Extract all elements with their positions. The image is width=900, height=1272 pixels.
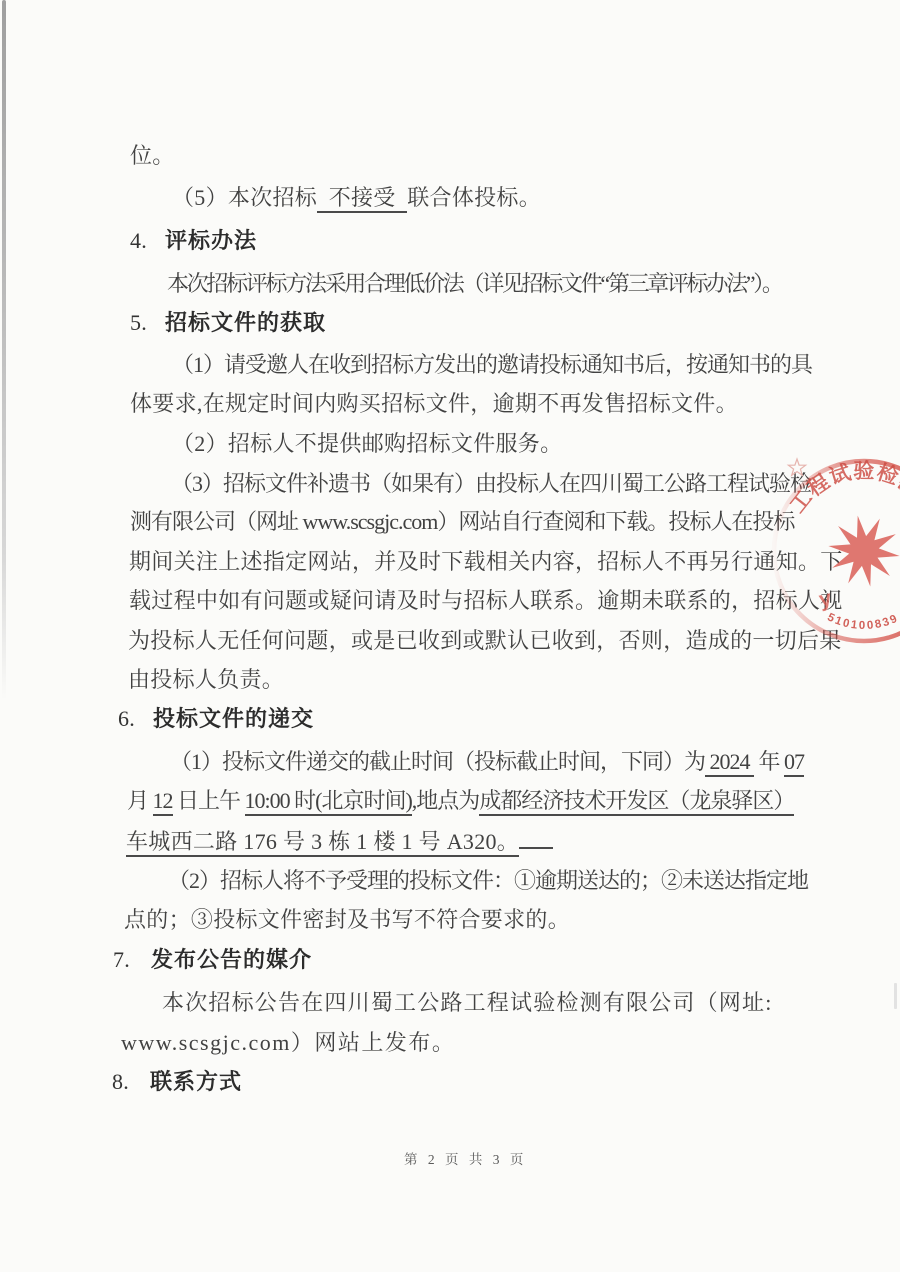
body-line-wei: 位。 xyxy=(130,142,175,169)
deadline-month-unit: 月 xyxy=(127,788,153,813)
document-page: 位。 （5）本次招标 不接受 联合体投标。 4.评标办法 本次招标评标方法采用合… xyxy=(0,0,900,1272)
item5-suffix: 联合体投标。 xyxy=(407,185,541,210)
deadline-day-unit: 日上午 xyxy=(173,788,245,813)
deadline-place: 成都经济技术开发区（龙泉驿区） xyxy=(479,788,794,816)
section-7-title: 发布公告的媒介 xyxy=(151,947,312,972)
item5-prefix: （5）本次招标 xyxy=(172,185,317,210)
body-line: www.scsgjc.com）网站上发布。 xyxy=(121,1029,455,1056)
section-4-number: 4. xyxy=(130,227,165,254)
deadline-year: 2024 xyxy=(705,749,754,777)
body-line-deadline-2: 月 12 日上午 10:00 时(北京时间),地点为成都经济技术开发区（龙泉驿区… xyxy=(127,787,794,814)
item5-blank-value: 不接受 xyxy=(317,185,407,213)
section-4-heading: 4.评标办法 xyxy=(130,227,257,254)
seal-stray-mark: y xyxy=(817,585,835,612)
body-line-item5: （5）本次招标 不接受 联合体投标。 xyxy=(172,184,541,211)
body-line: （1）请受邀人在收到招标方发出的邀请投标通知书后，按通知书的具 xyxy=(172,351,812,378)
section-8-number: 8. xyxy=(112,1068,150,1095)
body-line: （3）招标文件补遗书（如果有）由投标人在四川蜀工公路工程试验检 xyxy=(171,470,811,497)
deadline-month: 07 xyxy=(784,749,804,777)
body-line: 测有限公司（网址 www.scsgjc.com）网站自行查阅和下载。投标人在投标 xyxy=(130,508,794,535)
body-line: （2）招标人不提供邮购招标文件服务。 xyxy=(172,430,562,457)
deadline-day: 12 xyxy=(153,788,173,816)
body-line: 体要求,在规定时间内购买招标文件，逾期不再发售招标文件。 xyxy=(130,390,738,417)
seal-star-icon xyxy=(828,516,899,587)
deadline-time: 10:00 时(北京时间) xyxy=(245,788,412,816)
company-seal: 工程试验检测 y 510100839 xyxy=(770,440,900,680)
body-line: 为投标人无任何问题，或是已收到或默认已收到，否则，造成的一切后果 xyxy=(128,627,842,654)
page-footer: 第 2 页 共 3 页 xyxy=(404,1148,527,1168)
deadline-place-label: ,地点为 xyxy=(412,788,480,813)
section-7-heading: 7.发布公告的媒介 xyxy=(113,946,312,973)
address-underline-extension xyxy=(519,827,553,849)
body-line: 由投标人负责。 xyxy=(128,666,284,693)
scan-artifact xyxy=(894,983,897,1009)
address-value: 车城西二路 176 号 3 栋 1 楼 1 号 A320。 xyxy=(126,829,519,857)
body-line-address: 车城西二路 176 号 3 栋 1 楼 1 号 A320。 xyxy=(126,827,553,854)
body-line-deadline: （1）投标文件递交的截止时间（投标截止时间，下同）为 2024 年 07 xyxy=(170,748,804,775)
deadline-year-unit: 年 xyxy=(754,749,784,774)
body-line: 载过程中如有问题或疑问请及时与招标人联系。逾期未联系的，招标人视 xyxy=(129,587,843,614)
body-line-eval-method: 本次招标评标方法采用合理低价法（详见招标文件“第三章评标办法”）。 xyxy=(167,270,782,297)
section-5-number: 5. xyxy=(130,309,165,336)
section-6-title: 投标文件的递交 xyxy=(153,706,314,731)
body-line: 点的；③投标文件密封及书写不符合要求的。 xyxy=(124,906,570,933)
section-5-heading: 5.招标文件的获取 xyxy=(130,309,326,336)
body-line: 期间关注上述指定网站，并及时下载相关内容，招标人不再另行通知。下 xyxy=(129,548,843,575)
section-7-number: 7. xyxy=(113,946,151,973)
scan-edge-shadow xyxy=(2,0,6,700)
seal-serial-number: 510100839 xyxy=(825,611,900,632)
deadline-prefix: （1）投标文件递交的截止时间（投标截止时间，下同）为 xyxy=(170,749,705,774)
section-6-heading: 6.投标文件的递交 xyxy=(118,705,314,732)
body-line: 本次招标公告在四川蜀工公路工程试验检测有限公司（网址: xyxy=(162,989,773,1016)
section-5-title: 招标文件的获取 xyxy=(165,310,326,335)
section-4-title: 评标办法 xyxy=(165,228,257,253)
section-8-heading: 8.联系方式 xyxy=(112,1068,242,1095)
section-6-number: 6. xyxy=(118,705,153,732)
body-line: （2）招标人将不予受理的投标文件：①逾期送达的；②未送达指定地 xyxy=(168,867,808,894)
ghost-star-icon xyxy=(788,459,805,475)
section-8-title: 联系方式 xyxy=(150,1069,242,1094)
